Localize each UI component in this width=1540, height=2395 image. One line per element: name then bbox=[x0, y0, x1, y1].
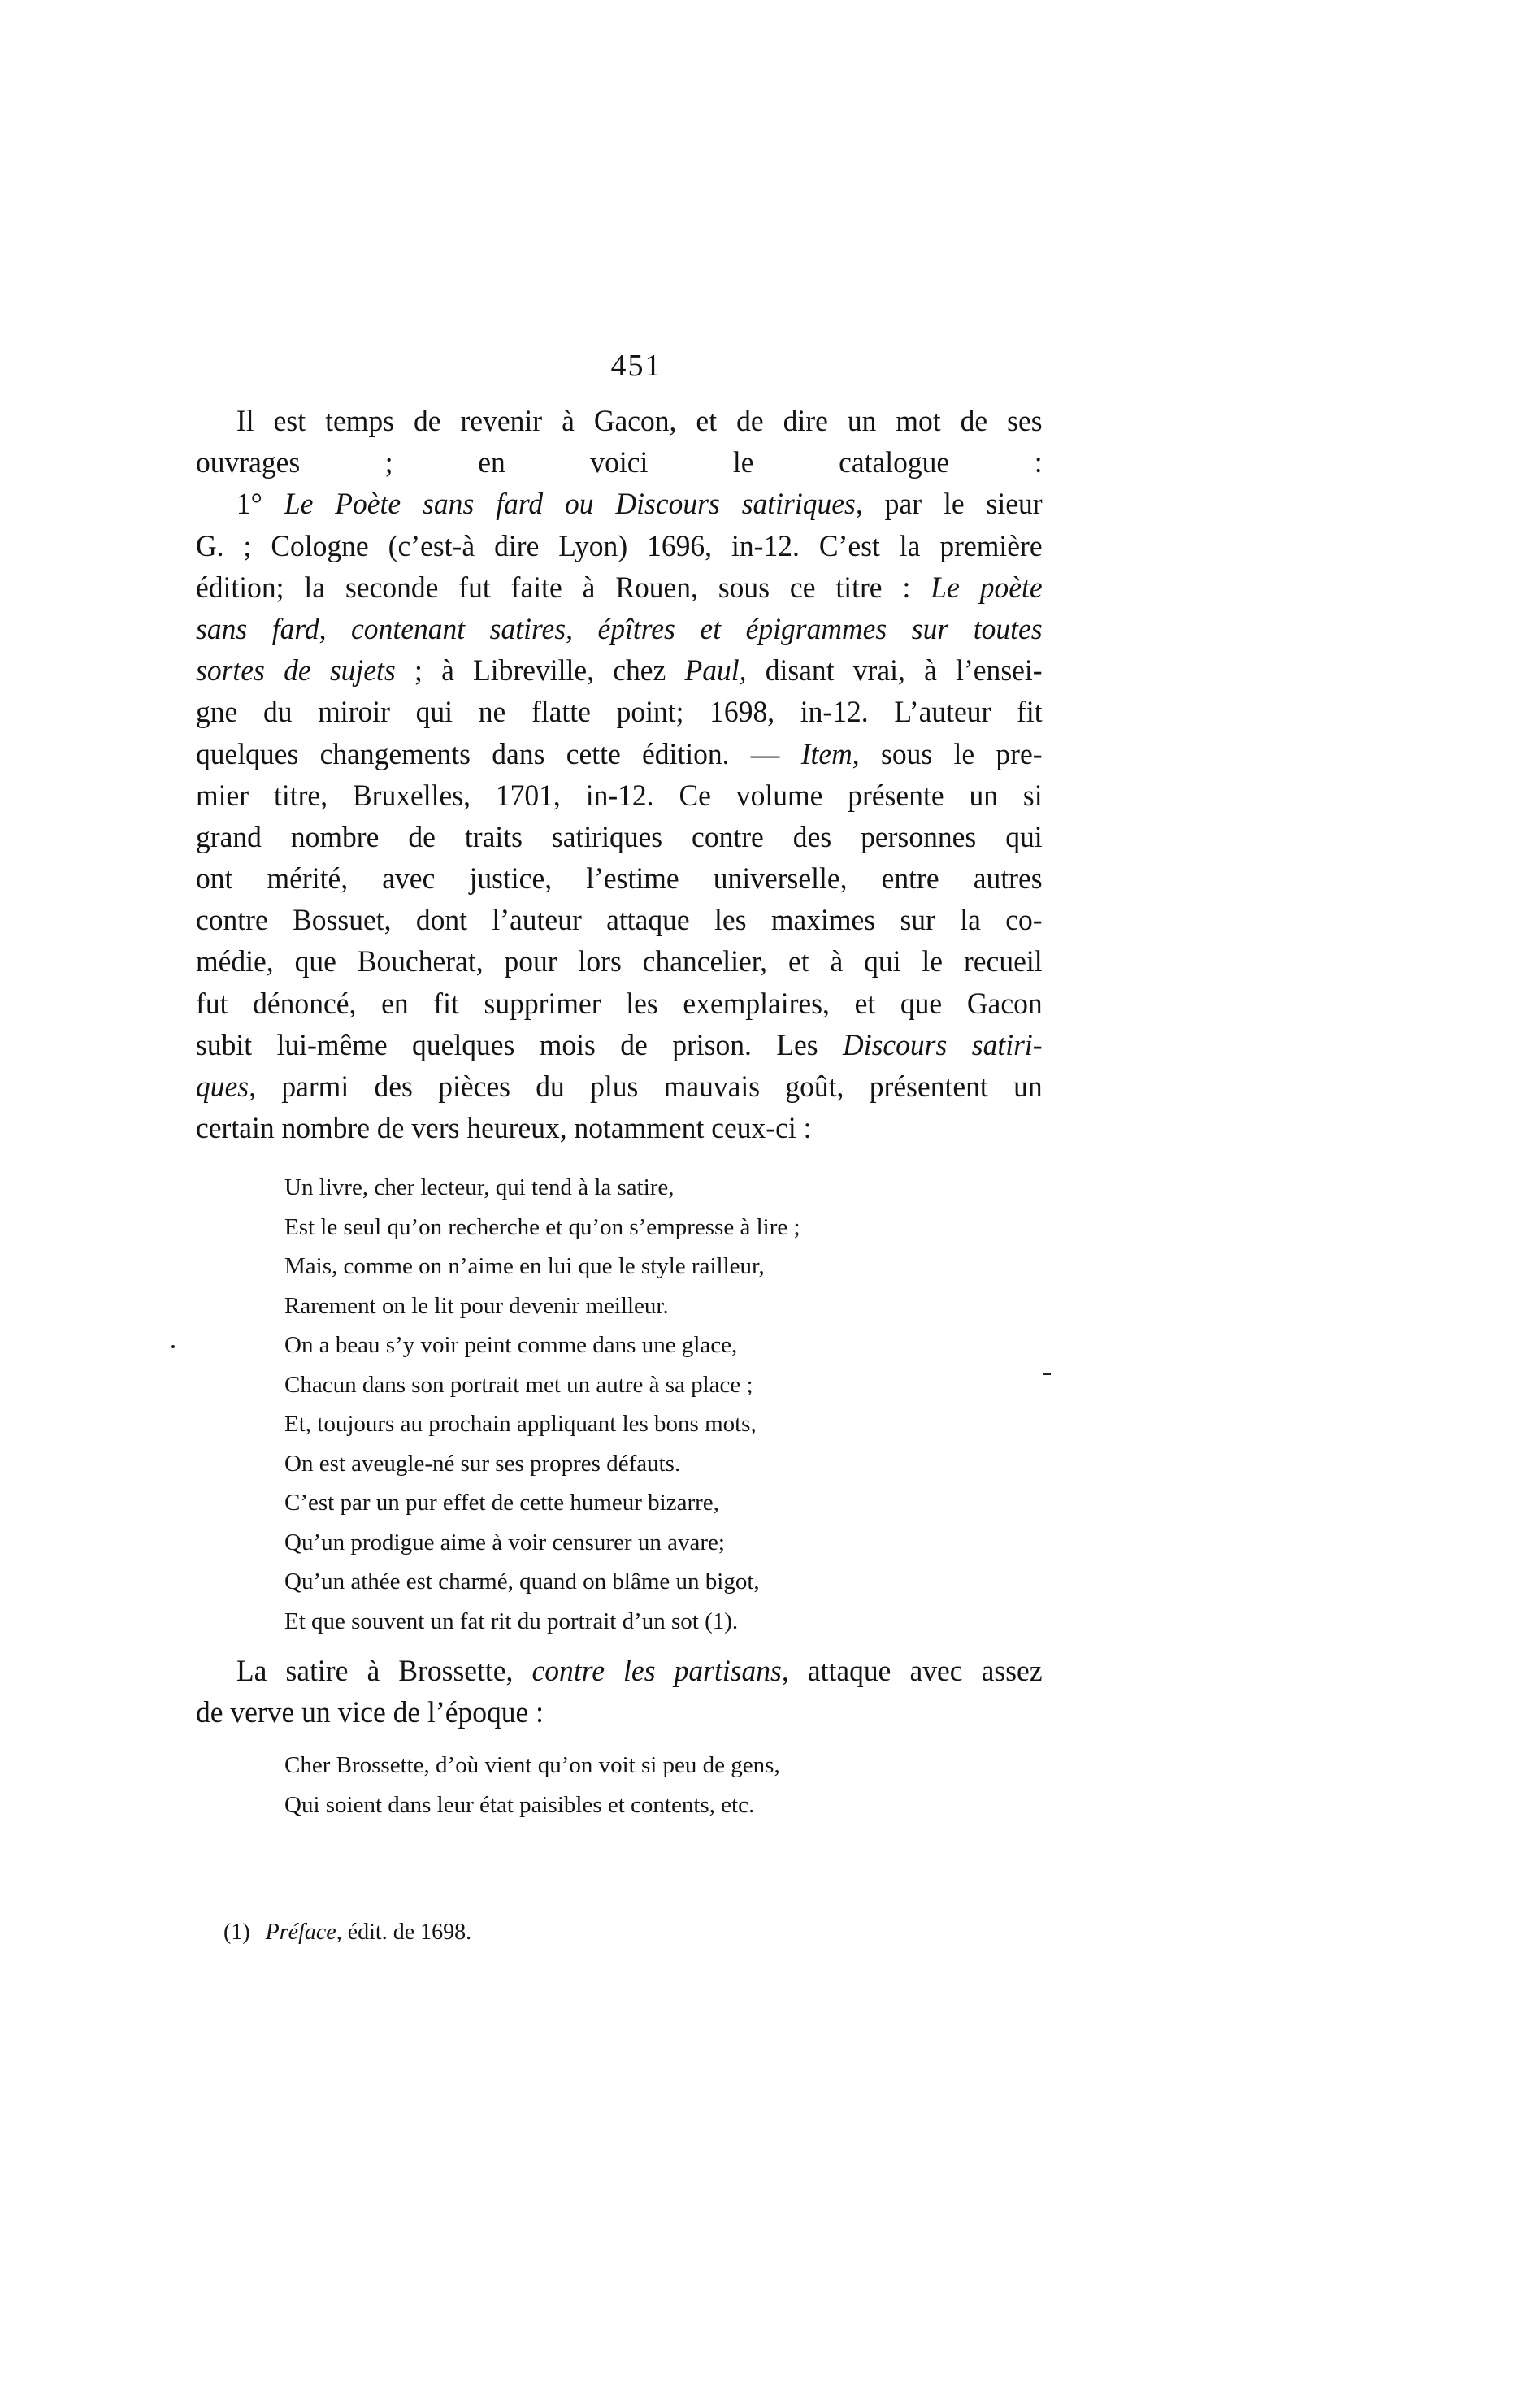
italic-segment: Le poète bbox=[931, 571, 1042, 605]
document-page: 451 Il est temps de revenir à Gacon, et … bbox=[0, 0, 1540, 2395]
text-segment: grand nombre de traits satiriques contre… bbox=[196, 821, 1043, 854]
text-line: G. ; Cologne (c’est-à dire Lyon) 1696, i… bbox=[196, 526, 1043, 567]
italic-segment: Paul, bbox=[685, 654, 747, 688]
text-segment: subit lui-même quelques mois de prison. … bbox=[196, 1029, 843, 1062]
text-line: de verve un vice de l’époque : bbox=[196, 1692, 1043, 1733]
text-line: médie, que Boucherat, pour lors chanceli… bbox=[196, 941, 1043, 983]
footnote-text: édit. de 1698. bbox=[342, 1920, 471, 1945]
verse-line: C’est par un pur effet de cette humeur b… bbox=[284, 1483, 800, 1523]
text-segment: ; à Libreville, chez bbox=[396, 654, 685, 688]
text-segment: ont mérité, avec justice, l’estime unive… bbox=[196, 862, 1043, 896]
text-segment: fut dénoncé, en fit supprimer les exempl… bbox=[196, 987, 1043, 1021]
verse-quotation-preface: Un livre, cher lecteur, qui tend à la sa… bbox=[284, 1168, 800, 1641]
text-segment: par le sieur bbox=[863, 488, 1043, 521]
text-segment: certain nombre de vers heureux, notammen… bbox=[196, 1112, 811, 1145]
text-line: ques, parmi des pièces du plus mauvais g… bbox=[196, 1066, 1043, 1108]
text-line: subit lui-même quelques mois de prison. … bbox=[196, 1025, 1043, 1066]
text-segment: attaque avec assez bbox=[789, 1655, 1043, 1688]
footnote-title: Préface, bbox=[266, 1920, 342, 1945]
verse-quotation-brossette: Cher Brossette, d’où vient qu’on voit si… bbox=[284, 1746, 780, 1824]
verse-line: Mais, comme on n’aime en lui que le styl… bbox=[284, 1247, 800, 1286]
text-segment: édition; la seconde fut faite à Rouen, s… bbox=[196, 571, 931, 605]
text-line: Il est temps de revenir à Gacon, et de d… bbox=[196, 401, 1043, 442]
text-segment: gne du miroir qui ne flatte point; 1698,… bbox=[196, 696, 1043, 729]
scan-speck bbox=[171, 1345, 175, 1348]
text-segment: Il est temps de revenir à Gacon, et de d… bbox=[236, 405, 1043, 438]
text-segment: disant vrai, à l’ensei- bbox=[746, 654, 1042, 688]
text-segment: mier titre, Bruxelles, 1701, in-12. Ce v… bbox=[196, 779, 1043, 813]
italic-segment: Le Poète sans fard ou Discours satirique… bbox=[284, 488, 863, 521]
italic-segment: Item, bbox=[801, 738, 860, 771]
italic-segment: ques, bbox=[196, 1070, 256, 1104]
scan-dash bbox=[1043, 1373, 1051, 1375]
text-line: mier titre, Bruxelles, 1701, in-12. Ce v… bbox=[196, 775, 1043, 817]
italic-segment: sans fard, contenant satires, épîtres et… bbox=[196, 613, 1043, 646]
verse-line: Un livre, cher lecteur, qui tend à la sa… bbox=[284, 1168, 800, 1208]
verse-line: Est le seul qu’on recherche et qu’on s’e… bbox=[284, 1208, 800, 1247]
text-line: quelques changements dans cette édition.… bbox=[196, 734, 1043, 775]
verse-line: Qu’un athée est charmé, quand on blâme u… bbox=[284, 1562, 800, 1602]
verse-line: Cher Brossette, d’où vient qu’on voit si… bbox=[284, 1746, 780, 1785]
text-line: fut dénoncé, en fit supprimer les exempl… bbox=[196, 983, 1043, 1025]
verse-line: Qu’un prodigue aime à voir censurer un a… bbox=[284, 1523, 800, 1563]
text-segment: La satire à Brossette, bbox=[236, 1655, 532, 1688]
verse-line: Qui soient dans leur état paisibles et c… bbox=[284, 1785, 780, 1825]
footnote-marker: (1) bbox=[223, 1920, 250, 1945]
italic-segment: sortes de sujets bbox=[196, 654, 396, 688]
verse-line: Chacun dans son portrait met un autre à … bbox=[284, 1365, 800, 1405]
text-line: ouvrages ; en voici le catalogue : bbox=[196, 442, 1043, 484]
text-segment: quelques changements dans cette édition.… bbox=[196, 738, 801, 771]
text-segment: sous le pre- bbox=[860, 738, 1043, 771]
verse-line: Et, toujours au prochain appliquant les … bbox=[284, 1404, 800, 1444]
paragraph-satire-brossette: La satire à Brossette, contre les partis… bbox=[196, 1651, 1043, 1733]
text-segment: G. ; Cologne (c’est-à dire Lyon) 1696, i… bbox=[196, 530, 1043, 563]
text-line: sans fard, contenant satires, épîtres et… bbox=[196, 609, 1043, 650]
text-line: contre Bossuet, dont l’auteur attaque le… bbox=[196, 900, 1043, 941]
text-segment: médie, que Boucherat, pour lors chanceli… bbox=[196, 945, 1043, 978]
text-segment: contre Bossuet, dont l’auteur attaque le… bbox=[196, 904, 1043, 937]
footnote: (1) Préface, édit. de 1698. bbox=[223, 1916, 471, 1949]
text-line: 1° Le Poète sans fard ou Discours satiri… bbox=[196, 484, 1043, 525]
verse-line: On est aveugle-né sur ses propres défaut… bbox=[284, 1444, 800, 1484]
verse-line: Rarement on le lit pour devenir meilleur… bbox=[284, 1286, 800, 1326]
verse-line: On a beau s’y voir peint comme dans une … bbox=[284, 1325, 800, 1365]
verse-line: Et que souvent un fat rit du portrait d’… bbox=[284, 1602, 800, 1642]
text-line: certain nombre de vers heureux, notammen… bbox=[196, 1108, 1043, 1149]
text-line: gne du miroir qui ne flatte point; 1698,… bbox=[196, 692, 1043, 733]
text-line: ont mérité, avec justice, l’estime unive… bbox=[196, 858, 1043, 900]
paragraph-gacon-catalogue: Il est temps de revenir à Gacon, et de d… bbox=[196, 401, 1043, 1149]
text-line: grand nombre de traits satiriques contre… bbox=[196, 817, 1043, 858]
text-segment: 1° bbox=[236, 488, 284, 521]
text-segment: parmi des pièces du plus mauvais goût, p… bbox=[256, 1070, 1043, 1104]
text-line: La satire à Brossette, contre les partis… bbox=[196, 1651, 1043, 1692]
text-segment: ouvrages ; en voici le catalogue : bbox=[196, 446, 1043, 479]
text-line: sortes de sujets ; à Libreville, chez Pa… bbox=[196, 650, 1043, 692]
page-number: 451 bbox=[608, 349, 665, 382]
italic-segment: Discours satiri- bbox=[843, 1029, 1043, 1062]
text-line: édition; la seconde fut faite à Rouen, s… bbox=[196, 567, 1043, 609]
italic-segment: contre les partisans, bbox=[532, 1655, 789, 1688]
text-segment: de verve un vice de l’époque : bbox=[196, 1696, 544, 1729]
